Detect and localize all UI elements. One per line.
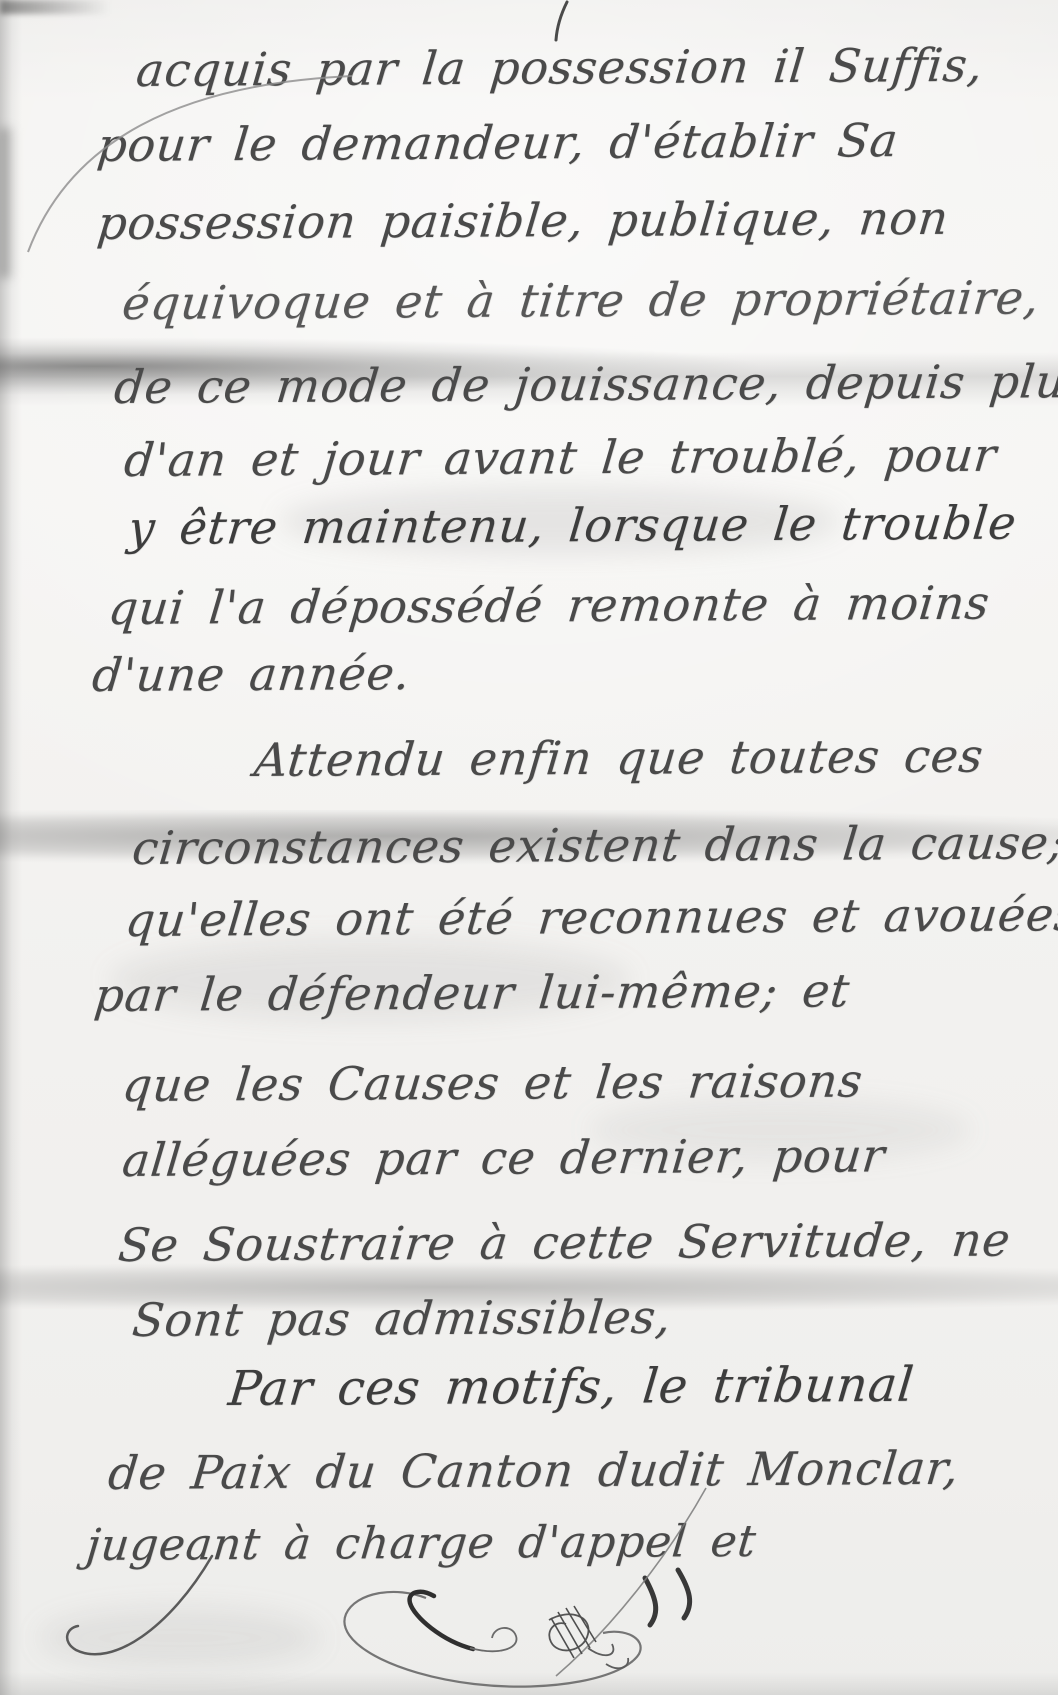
paper-edge-shadow (0, 0, 22, 1695)
signature-hatch-stroke (574, 1606, 596, 1642)
manuscript-line: jugeant à charge d'appel et (84, 1518, 759, 1570)
manuscript-line: qu'elles ont été reconnues et avouées (123, 889, 1058, 945)
paper-edge-shadow (0, 128, 15, 278)
manuscript-line: de Paix du Canton dudit Monclar, (106, 1443, 962, 1499)
manuscript-line: que les Causes et les raisons (120, 1055, 865, 1110)
manuscript-line: par le défendeur lui-même; et (92, 965, 852, 1020)
signature-tail-stroke (588, 1644, 628, 1668)
manuscript-line: d'une année. (90, 648, 413, 701)
signature-flourish (344, 1592, 640, 1687)
cutoff-pen-stroke (556, 2, 567, 40)
manuscript-line: alléguées par ce dernier, pour (120, 1130, 888, 1185)
paper-smudge (40, 1608, 320, 1668)
signature-loop-stroke (470, 1628, 517, 1651)
manuscript-page: acquis par la possession il Suffis, pour… (0, 0, 1058, 1695)
manuscript-line: circonstances existent dans la cause; (130, 817, 1058, 873)
paper-edge-shadow (0, 0, 110, 14)
manuscript-line: qui l'a dépossédé remonte à moins (106, 578, 992, 634)
bold-flick-stroke (645, 1578, 656, 1625)
manuscript-line: Sont pas admissibles, (130, 1292, 674, 1346)
manuscript-line: d'an et jour avant le troublé, pour (122, 430, 999, 486)
signature-knot-stroke (549, 1614, 588, 1650)
manuscript-line: Par ces motifs, le tribunal (226, 1359, 916, 1416)
signature-hatch-stroke (558, 1612, 582, 1654)
manuscript-line: de ce mode de jouissance, depuis plus (112, 356, 1058, 413)
manuscript-line: équivoque et à titre de propriétaire, (120, 272, 1042, 328)
signature-hook-stroke (410, 1592, 473, 1649)
bold-flick-stroke (678, 1570, 690, 1618)
manuscript-line: y être maintenu, lorsque le trouble (126, 498, 1019, 554)
paper-edge-shadow (0, 1672, 1058, 1695)
manuscript-line: acquis par la possession il Suffis, (134, 40, 986, 96)
manuscript-line: possession paisible, publique, non (95, 193, 951, 249)
manuscript-line: Se Soustraire à cette Servitude, ne (116, 1215, 1013, 1271)
manuscript-line: pour le demandeur, d'établir Sa (95, 115, 901, 170)
manuscript-line: Attendu enfin que toutes ces (252, 731, 986, 786)
signature-hatch-stroke (566, 1608, 590, 1648)
signature-hatch-stroke (551, 1618, 574, 1658)
